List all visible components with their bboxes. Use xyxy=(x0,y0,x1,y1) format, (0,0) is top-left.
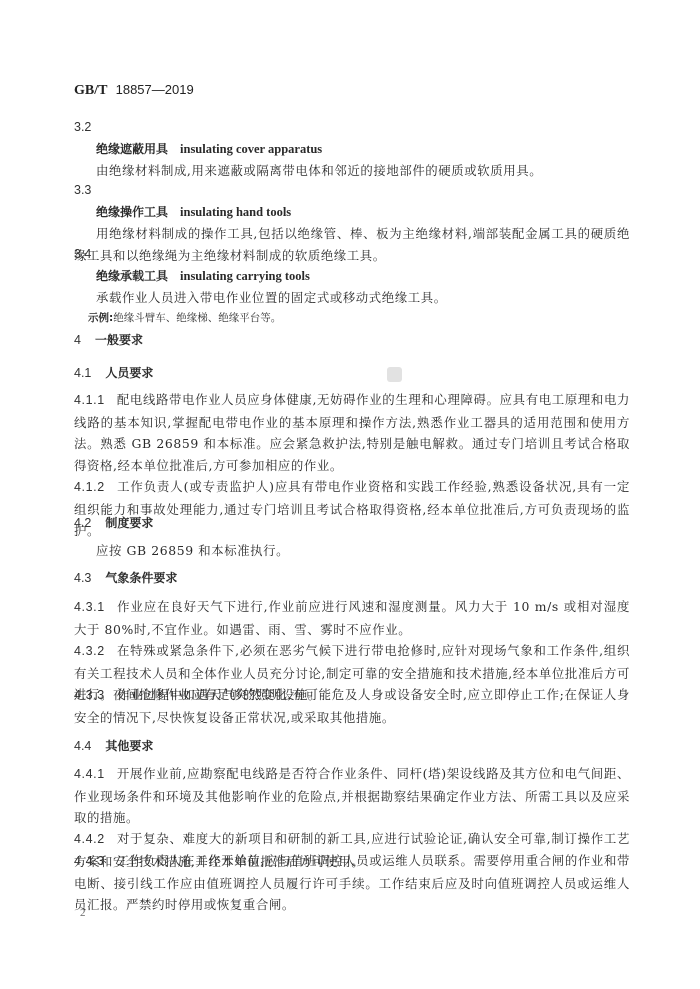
term-heading: 绝缘遮蔽用具insulating cover apparatus xyxy=(74,139,630,161)
term-definition: 由绝缘材料制成,用来遮蔽或隔离带电体和邻近的接地部件的硬质或软质用具。 xyxy=(74,160,630,182)
clause-number: 4.3.3 xyxy=(74,688,105,702)
clause-number: 4.1.2 xyxy=(74,480,105,494)
clause-text: 配电线路带电作业人员应身体健康,无妨碍作业的生理和心理障碍。应具有电工原理和电力… xyxy=(74,392,630,473)
page-number: 2 xyxy=(80,907,86,919)
section-title: 其他要求 xyxy=(105,739,153,753)
section-title: 制度要求 xyxy=(105,516,153,530)
section-number: 4.2 xyxy=(74,516,91,530)
term-number: 3.2 xyxy=(74,117,630,139)
section-number: 4.3 xyxy=(74,571,91,585)
clause-4-3-3: 4.3.3作业过程中如遇天气突然变化,有可能危及人身或设备安全时,应立即停止工作… xyxy=(74,684,630,728)
section-title: 一般要求 xyxy=(95,333,143,347)
term-3-4: 3.4 绝缘承载工具insulating carrying tools 承载作业… xyxy=(74,244,630,327)
document-page: GB/T 18857—2019 3.2 绝缘遮蔽用具insulating cov… xyxy=(0,0,700,989)
clause-text: 工作负责人在工作开始前,应与值班调控人员或运维人员联系。需要停用重合闸的作业和带… xyxy=(74,853,630,912)
example-text: 绝缘斗臂车、绝缘梯、绝缘平台等。 xyxy=(113,312,281,324)
section-number: 4 xyxy=(74,333,81,347)
term-3-2: 3.2 绝缘遮蔽用具insulating cover apparatus 由绝缘… xyxy=(74,117,630,182)
clause-4-1-1: 4.1.1配电线路带电作业人员应身体健康,无妨碍作业的生理和心理障碍。应具有电工… xyxy=(74,389,630,476)
section-4-1-heading: 4.1人员要求 xyxy=(74,363,630,385)
clause-number: 4.3.1 xyxy=(74,600,105,614)
term-en: insulating carrying tools xyxy=(180,269,310,283)
clause-text: 作业应在良好天气下进行,作业前应进行风速和湿度测量。风力大于 10 m/s 或相… xyxy=(74,599,630,637)
term-number: 3.3 xyxy=(74,180,630,202)
term-heading: 绝缘承载工具insulating carrying tools xyxy=(74,266,630,288)
term-example: 示例:绝缘斗臂车、绝缘梯、绝缘平台等。 xyxy=(74,309,630,327)
term-en: insulating cover apparatus xyxy=(180,142,322,156)
term-zh: 绝缘承载工具 xyxy=(96,269,168,283)
section-4-4-heading: 4.4其他要求 xyxy=(74,736,630,758)
scan-artifact xyxy=(387,367,402,382)
section-number: 4.4 xyxy=(74,739,91,753)
section-4-3-heading: 4.3气象条件要求 xyxy=(74,568,630,590)
section-title: 气象条件要求 xyxy=(105,571,177,585)
clause-number: 4.3.2 xyxy=(74,644,105,658)
clause-number: 4.1.1 xyxy=(74,393,105,407)
section-title: 人员要求 xyxy=(105,366,153,380)
clause-number: 4.4.1 xyxy=(74,767,105,781)
term-zh: 绝缘遮蔽用具 xyxy=(96,142,168,156)
clause-text: 开展作业前,应勘察配电线路是否符合作业条件、同杆(塔)架设线路及其方位和电气间距… xyxy=(74,766,630,825)
clause-4-3-1: 4.3.1作业应在良好天气下进行,作业前应进行风速和湿度测量。风力大于 10 m… xyxy=(74,596,630,640)
clause-text: 作业过程中如遇天气突然变化,有可能危及人身或设备安全时,应立即停止工作;在保证人… xyxy=(74,687,630,725)
section-number: 4.1 xyxy=(74,366,91,380)
clause-4-4-1: 4.4.1开展作业前,应勘察配电线路是否符合作业条件、同杆(塔)架设线路及其方位… xyxy=(74,763,630,829)
page-header: GB/T 18857—2019 xyxy=(74,82,194,99)
section-4-2-heading: 4.2制度要求 xyxy=(74,513,630,535)
standard-code: GB/T xyxy=(74,83,107,98)
term-zh: 绝缘操作工具 xyxy=(96,205,168,219)
term-heading: 绝缘操作工具insulating hand tools xyxy=(74,202,630,224)
term-number: 3.4 xyxy=(74,244,630,266)
clause-4-4-3: 4.4.3工作负责人在工作开始前,应与值班调控人员或运维人员联系。需要停用重合闸… xyxy=(74,850,630,916)
example-label: 示例: xyxy=(88,312,113,324)
section-4-heading: 4一般要求 xyxy=(74,330,630,352)
clause-number: 4.4.3 xyxy=(74,854,105,868)
standard-number: 18857—2019 xyxy=(116,82,194,97)
clause-number: 4.4.2 xyxy=(74,832,105,846)
term-en: insulating hand tools xyxy=(180,205,291,219)
term-definition: 承载作业人员进入带电作业位置的固定式或移动式绝缘工具。 xyxy=(74,287,630,309)
section-4-2-text: 应按 GB 26859 和本标准执行。 xyxy=(74,540,630,562)
